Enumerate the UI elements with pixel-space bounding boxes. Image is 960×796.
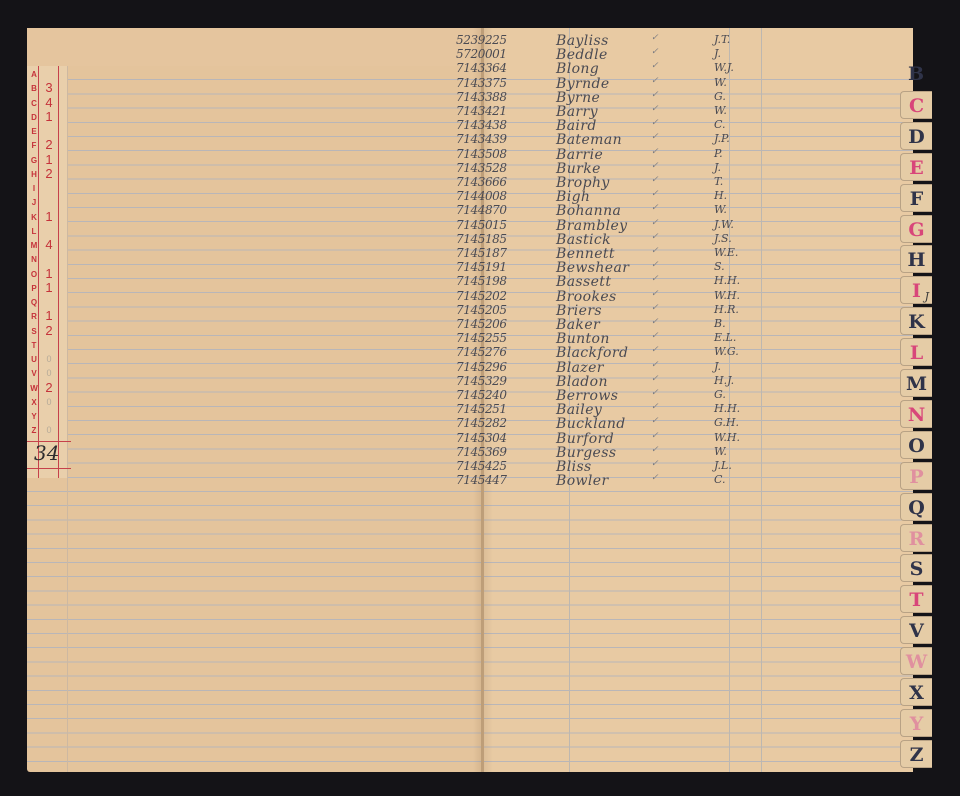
tab-letter: W <box>906 651 927 673</box>
tab-letter: X <box>909 682 924 704</box>
initials: H.R. <box>714 303 739 316</box>
right-page-header-band <box>483 28 913 66</box>
service-number: 7145447 <box>456 473 542 487</box>
tab-letter: R <box>909 528 925 550</box>
check-mark: ✓ <box>651 132 659 142</box>
service-number: 7145304 <box>456 431 542 445</box>
check-mark: ✓ <box>651 147 659 157</box>
check-mark: ✓ <box>651 289 659 299</box>
index-count: 2 <box>39 137 59 152</box>
service-number: 7145206 <box>456 317 542 331</box>
check-mark: ✓ <box>651 76 659 86</box>
initials: J.W. <box>714 218 734 231</box>
index-count: 1 <box>39 209 59 224</box>
initials: W. <box>714 445 727 458</box>
index-count: 1 <box>39 109 59 124</box>
tab-letter: I <box>912 280 921 302</box>
check-mark: ✓ <box>651 431 659 441</box>
initials: H.J. <box>714 374 734 387</box>
index-count: 3 <box>39 80 59 95</box>
initials: C. <box>714 473 726 486</box>
service-number: 7145329 <box>456 374 542 388</box>
tab-letter: V <box>909 620 924 642</box>
tab-letter: G <box>908 219 924 241</box>
right-page <box>483 28 913 772</box>
index-count: 2 <box>39 323 59 338</box>
check-mark: ✓ <box>651 331 659 341</box>
tab-letter: N <box>908 404 925 426</box>
tab-r[interactable]: R <box>900 524 932 552</box>
index-count: 1 <box>39 280 59 295</box>
service-number: 7143438 <box>456 118 542 132</box>
service-number: 7145202 <box>456 289 542 303</box>
service-number: 7145369 <box>456 445 542 459</box>
initials: J.P. <box>714 132 730 145</box>
service-number: 7145205 <box>456 303 542 317</box>
initials: G. <box>714 90 726 103</box>
service-number: 5720001 <box>456 47 542 61</box>
check-mark: ✓ <box>651 388 659 398</box>
service-number: 7143666 <box>456 175 542 189</box>
tab-letter: D <box>908 126 924 148</box>
initials: W.H. <box>714 431 740 444</box>
surname: Bowler <box>556 473 609 489</box>
tab-letter: C <box>909 95 924 117</box>
initials: P. <box>714 147 723 160</box>
check-mark: ✓ <box>651 232 659 242</box>
index-count: 0 <box>39 368 59 378</box>
column-rule-initials <box>761 28 762 772</box>
check-mark: ✓ <box>651 118 659 128</box>
tab-t[interactable]: T <box>900 585 932 613</box>
tab-letter: Q <box>908 497 925 519</box>
check-mark: ✓ <box>651 246 659 256</box>
tab-d[interactable]: D <box>900 122 932 150</box>
check-mark: ✓ <box>651 473 659 483</box>
service-number: 7143364 <box>456 61 542 75</box>
tab-y[interactable]: Y <box>900 709 932 737</box>
service-number: 7145198 <box>456 274 542 288</box>
tab-n[interactable]: N <box>900 400 932 428</box>
tab-k[interactable]: K <box>900 307 932 335</box>
tab-letter: E <box>909 157 923 179</box>
index-count: 0 <box>39 397 59 407</box>
initials: J.L. <box>714 459 732 472</box>
initials: H. <box>714 189 727 202</box>
service-number: 7145185 <box>456 232 542 246</box>
tab-l[interactable]: L <box>900 338 932 366</box>
tab-letter: S <box>910 558 924 580</box>
check-mark: ✓ <box>651 459 659 469</box>
initials: J. <box>714 161 721 174</box>
index-count: 2 <box>39 166 59 181</box>
check-mark: ✓ <box>651 260 659 270</box>
initials: W.J. <box>714 61 734 74</box>
initials: E.L. <box>714 331 736 344</box>
service-number: 5239225 <box>456 33 542 47</box>
service-number: 7143508 <box>456 147 542 161</box>
initials: J.T. <box>714 33 730 46</box>
check-mark: ✓ <box>651 416 659 426</box>
letter-index-strip: ABCDEFGHIJKLMNOPQRSTUVWXYZ 3412121411120… <box>27 66 67 478</box>
service-number: 7143375 <box>456 76 542 90</box>
initials: J.S. <box>714 232 732 245</box>
check-mark: ✓ <box>651 161 659 171</box>
initials: B. <box>714 317 726 330</box>
initials: C. <box>714 118 726 131</box>
service-number: 7145282 <box>456 416 542 430</box>
initials: W. <box>714 104 727 117</box>
initials: S. <box>714 260 725 273</box>
check-mark: ✓ <box>651 47 659 57</box>
service-number: 7143388 <box>456 90 542 104</box>
index-count: 4 <box>39 237 59 252</box>
service-number: 7145296 <box>456 360 542 374</box>
check-mark: ✓ <box>651 33 659 43</box>
tab-letter: L <box>910 342 923 364</box>
initials: W.G. <box>714 345 739 358</box>
tab-f[interactable]: F <box>900 184 932 212</box>
service-number: 7145251 <box>456 402 542 416</box>
index-count: 1 <box>39 152 59 167</box>
tab-letter: T <box>909 589 923 611</box>
tab-letter: Y <box>910 713 924 735</box>
initials: T. <box>714 175 723 188</box>
check-mark: ✓ <box>651 360 659 370</box>
service-number: 7145191 <box>456 260 542 274</box>
tab-m[interactable]: M <box>900 369 932 397</box>
tab-p[interactable]: P <box>900 462 932 490</box>
initials: W.H. <box>714 289 740 302</box>
index-count: 2 <box>39 380 59 395</box>
tab-letter: M <box>906 373 927 395</box>
initials: H.H. <box>714 402 740 415</box>
check-mark: ✓ <box>651 61 659 71</box>
check-mark: ✓ <box>651 303 659 313</box>
service-number: 7145276 <box>456 345 542 359</box>
service-number: 7143528 <box>456 161 542 175</box>
service-number: 7145187 <box>456 246 542 260</box>
red-rule-horizontal <box>27 468 71 469</box>
check-mark: ✓ <box>651 374 659 384</box>
service-number: 7145255 <box>456 331 542 345</box>
tab-i[interactable]: IJ <box>900 276 932 304</box>
check-mark: ✓ <box>651 218 659 228</box>
service-number: 7144870 <box>456 203 542 217</box>
initials: J. <box>714 360 721 373</box>
tab-letter: P <box>909 466 923 488</box>
tab-letter: K <box>908 311 925 333</box>
service-number: 7143421 <box>456 104 542 118</box>
left-page: ABCDEFGHIJKLMNOPQRSTUVWXYZ 3412121411120… <box>27 28 482 772</box>
service-number: 7144008 <box>456 189 542 203</box>
check-mark: ✓ <box>651 402 659 412</box>
check-mark: ✓ <box>651 104 659 114</box>
tab-b[interactable]: B <box>900 60 932 88</box>
initials: G.H. <box>714 416 739 429</box>
check-mark: ✓ <box>651 175 659 185</box>
left-page-header-band <box>27 28 482 66</box>
tab-letter: B <box>908 63 924 85</box>
tab-w[interactable]: W <box>900 647 932 675</box>
tab-v[interactable]: V <box>900 616 932 644</box>
initials: J. <box>714 47 721 60</box>
check-mark: ✓ <box>651 189 659 199</box>
tab-e[interactable]: E <box>900 153 932 181</box>
tab-letter: H <box>908 249 926 271</box>
tab-x[interactable]: X <box>900 678 932 706</box>
index-count: 0 <box>39 354 59 364</box>
initials: W. <box>714 76 727 89</box>
check-mark: ✓ <box>651 203 659 213</box>
tab-s[interactable]: S <box>900 554 932 582</box>
service-number: 7145015 <box>456 218 542 232</box>
tab-q[interactable]: Q <box>900 493 932 521</box>
check-mark: ✓ <box>651 445 659 455</box>
initials: W.E. <box>714 246 738 259</box>
tab-c[interactable]: C <box>900 91 932 119</box>
service-number: 7143439 <box>456 132 542 146</box>
tab-letter: F <box>910 188 924 210</box>
index-count: 1 <box>39 308 59 323</box>
initials: H.H. <box>714 274 740 287</box>
left-margin-rule <box>67 66 68 772</box>
red-rule-vertical <box>38 66 39 478</box>
tab-letter: Z <box>910 744 924 766</box>
initials: W. <box>714 203 727 216</box>
tab-g[interactable]: G <box>900 215 932 243</box>
initials: G. <box>714 388 726 401</box>
tab-h[interactable]: H <box>900 245 932 273</box>
index-count: 4 <box>39 95 59 110</box>
check-mark: ✓ <box>651 90 659 100</box>
check-mark: ✓ <box>651 317 659 327</box>
check-mark: ✓ <box>651 274 659 284</box>
tab-letter: O <box>908 435 925 457</box>
service-number: 7145240 <box>456 388 542 402</box>
index-total: 34 <box>34 441 59 465</box>
red-rule-vertical <box>58 66 59 478</box>
tab-o[interactable]: O <box>900 431 932 459</box>
tab-z[interactable]: Z <box>900 740 932 768</box>
index-count: 0 <box>39 425 59 435</box>
index-count: 1 <box>39 266 59 281</box>
service-number: 7145425 <box>456 459 542 473</box>
check-mark: ✓ <box>651 345 659 355</box>
